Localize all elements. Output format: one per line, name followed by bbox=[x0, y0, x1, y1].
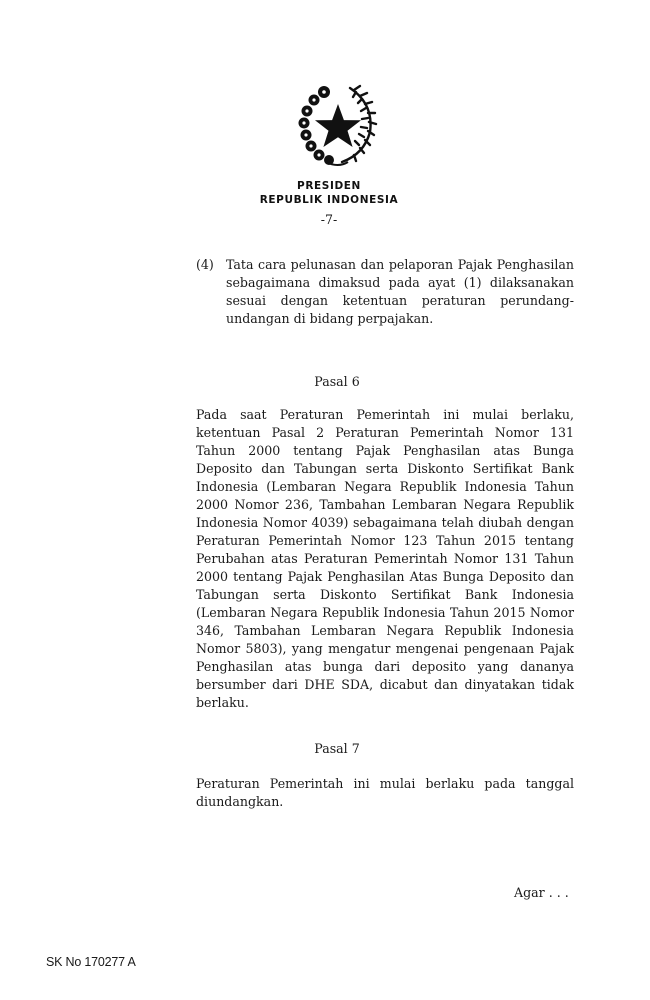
pasal-7-text: Peraturan Pemerintah ini mulai berlaku p… bbox=[196, 775, 574, 811]
garuda-star-emblem-icon bbox=[298, 82, 378, 172]
page-number: -7- bbox=[4, 211, 650, 229]
continuation-catchword: Agar . . . bbox=[514, 884, 569, 902]
pasal-6-title: Pasal 6 bbox=[12, 373, 650, 391]
pasal-6-text: Pada saat Peraturan Pemerintah ini mulai… bbox=[196, 406, 574, 712]
pasal-7-title: Pasal 7 bbox=[12, 740, 650, 758]
header-presiden: PRESIDEN bbox=[4, 180, 650, 192]
header-republik-indonesia: REPUBLIK INDONESIA bbox=[4, 194, 650, 206]
ayat-text: Tata cara pelunasan dan pelaporan Pajak … bbox=[226, 256, 574, 328]
ayat-number: (4) bbox=[196, 256, 214, 274]
sk-number: SK No 170277 A bbox=[46, 955, 136, 969]
